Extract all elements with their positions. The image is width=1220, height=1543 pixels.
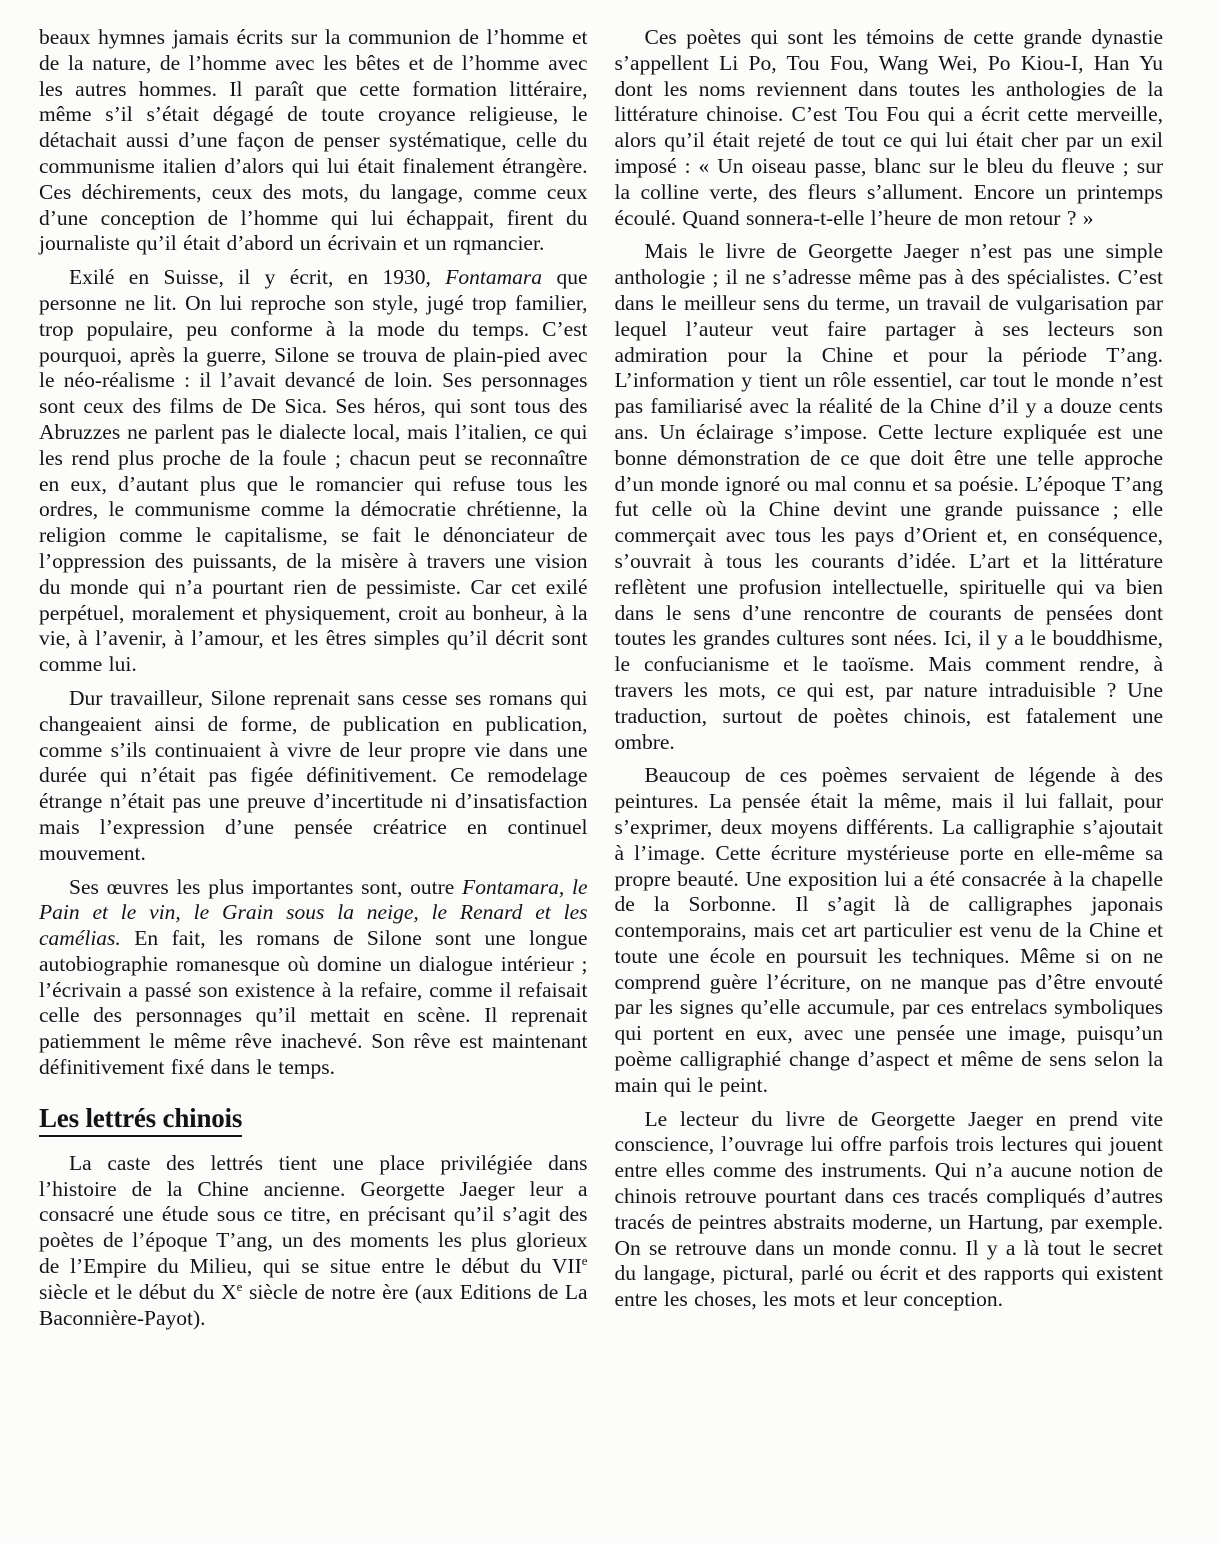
paragraph: beaux hymnes jamais écrits sur la commun… xyxy=(39,25,588,257)
article-page: beaux hymnes jamais écrits sur la commun… xyxy=(0,0,1220,1543)
paragraph: La caste des lettrés tient une place pri… xyxy=(39,1151,588,1332)
text-run: Mais le livre de Georgette Jaeger n’est … xyxy=(615,239,1164,753)
paragraph: Dur travailleur, Silone reprenait sans c… xyxy=(39,686,588,867)
text-run: Ces poètes qui sont les témoins de cette… xyxy=(615,25,1164,230)
text-run: La caste des lettrés tient une place pri… xyxy=(39,1151,588,1278)
section-heading-text: Les lettrés chinois xyxy=(39,1103,242,1137)
text-run: beaux hymnes jamais écrits sur la commun… xyxy=(39,25,588,255)
superscript-run: e xyxy=(582,1254,588,1268)
column-left: beaux hymnes jamais écrits sur la commun… xyxy=(39,25,588,1533)
section-heading: Les lettrés chinois xyxy=(39,1103,588,1137)
text-run: Le lecteur du livre de Georgette Jaeger … xyxy=(615,1107,1164,1312)
paragraph: Mais le livre de Georgette Jaeger n’est … xyxy=(615,239,1164,755)
text-run: siècle et le début du X xyxy=(39,1280,237,1304)
paragraph: Exilé en Suisse, il y écrit, en 1930, Fo… xyxy=(39,265,588,678)
paragraph: Ses œuvres les plus importantes sont, ou… xyxy=(39,875,588,1081)
text-run: que personne ne lit. On lui reproche son… xyxy=(39,265,588,676)
text-run: Ses œuvres les plus importantes sont, ou… xyxy=(69,875,462,899)
column-right: Ces poètes qui sont les témoins de cette… xyxy=(615,25,1164,1533)
text-run: Exilé en Suisse, il y écrit, en 1930, xyxy=(69,265,445,289)
paragraph: Ces poètes qui sont les témoins de cette… xyxy=(615,25,1164,231)
text-run: Dur travailleur, Silone reprenait sans c… xyxy=(39,686,588,865)
paragraph: Beaucoup de ces poèmes servaient de lége… xyxy=(615,763,1164,1098)
italic-run: Fontamara xyxy=(445,265,542,289)
paragraph: Le lecteur du livre de Georgette Jaeger … xyxy=(615,1107,1164,1313)
text-run: Beaucoup de ces poèmes servaient de lége… xyxy=(615,763,1164,1097)
text-run: En fait, les romans de Silone sont une l… xyxy=(39,926,588,1079)
